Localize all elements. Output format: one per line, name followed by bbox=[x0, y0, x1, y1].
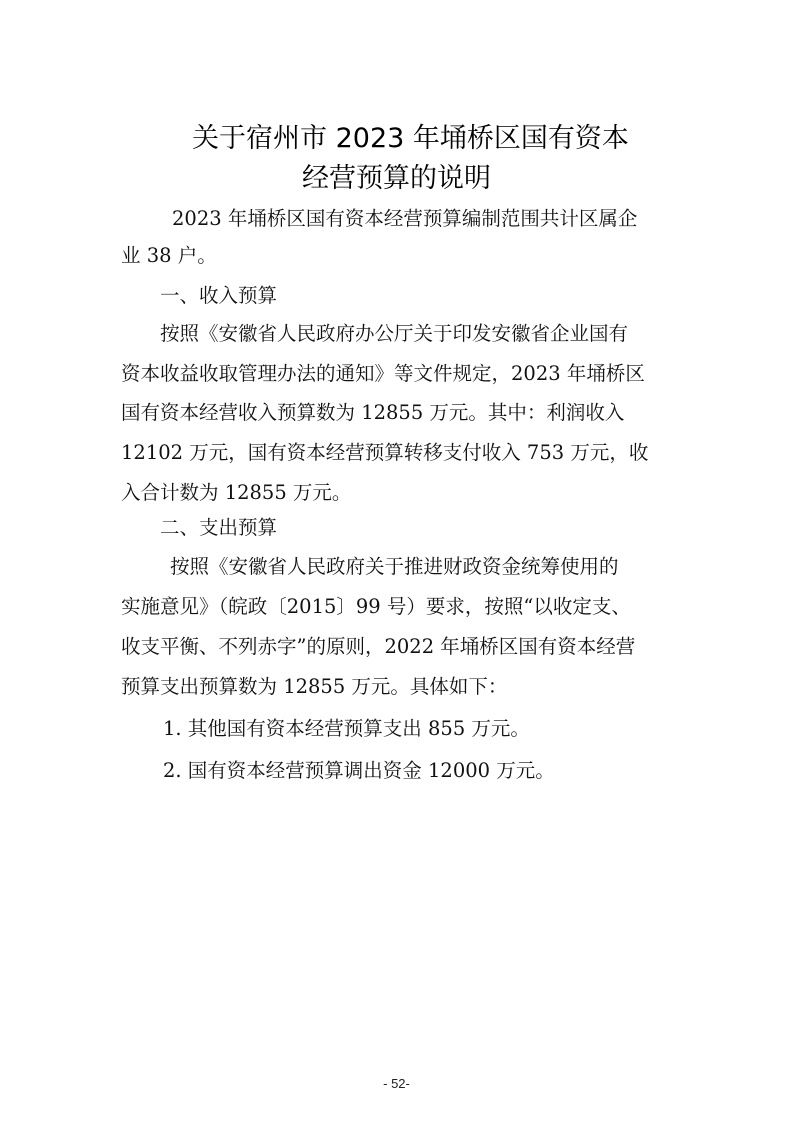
paragraph-intro-line-1: 2023 年埇桥区国有资本经营预算编制范围共计区属企 bbox=[172, 203, 637, 231]
document-page: 关于宿州市 2023 年埇桥区国有资本 经营预算的说明 2023 年埇桥区国有资… bbox=[0, 0, 793, 1122]
paragraph-expenditure-line-2: 实施意见》（皖政〔2015〕99 号）要求，按照“以收定支、 bbox=[121, 591, 631, 619]
document-title-line-1: 关于宿州市 2023 年埇桥区国有资本 bbox=[0, 116, 793, 155]
paragraph-income-line-4: 12102 万元，国有资本经营预算转移支付收入 753 万元，收 bbox=[121, 437, 648, 465]
paragraph-expenditure-line-1: 按照《安徽省人民政府关于推进财政资金统筹使用的 bbox=[170, 551, 619, 579]
paragraph-intro-line-2: 业 38 户。 bbox=[121, 240, 217, 268]
paragraph-income-line-2: 资本收益收取管理办法的通知》等文件规定，2023 年埇桥区 bbox=[121, 358, 645, 386]
section-heading-expenditure: 二、支出预算 bbox=[160, 512, 277, 540]
document-title-line-2: 经营预算的说明 bbox=[0, 156, 793, 195]
list-item-1: 1. 其他国有资本经营预算支出 855 万元。 bbox=[163, 713, 530, 741]
list-item-2: 2. 国有资本经营预算调出资金 12000 万元。 bbox=[163, 755, 555, 783]
page-number: - 52- bbox=[0, 1076, 793, 1091]
paragraph-income-line-1: 按照《安徽省人民政府办公厅关于印发安徽省企业国有 bbox=[160, 318, 628, 346]
paragraph-income-line-3: 国有资本经营收入预算数为 12855 万元。其中：利润收入 bbox=[121, 397, 624, 425]
paragraph-income-line-5: 入合计数为 12855 万元。 bbox=[121, 477, 351, 505]
section-heading-income: 一、收入预算 bbox=[160, 280, 277, 308]
paragraph-expenditure-line-4: 预算支出预算数为 12855 万元。具体如下： bbox=[121, 671, 507, 699]
paragraph-expenditure-line-3: 收支平衡、不列赤字”的原则，2022 年埇桥区国有资本经营 bbox=[121, 631, 635, 659]
